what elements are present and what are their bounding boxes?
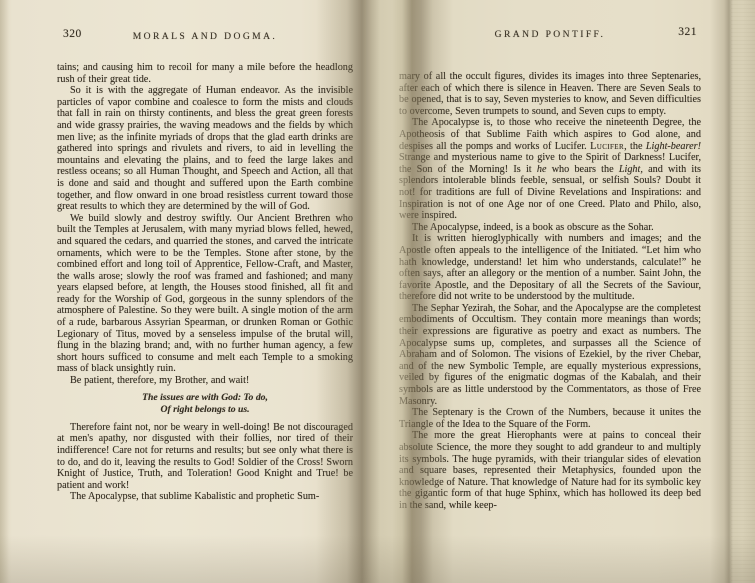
paragraph: tains; and causing him to recoil for man… bbox=[57, 62, 353, 85]
paragraph: The Apocalypse, that sublime Kabalistic … bbox=[57, 491, 353, 503]
text-segment: who bears the bbox=[546, 164, 618, 175]
paragraph: The Apocalypse, indeed, is a book as obs… bbox=[399, 222, 701, 234]
page-stack-edge bbox=[731, 0, 755, 583]
paragraph: mary of all the occult figures, divides … bbox=[399, 71, 701, 117]
paragraph: The Apocalypse is, to those who receive … bbox=[399, 117, 701, 221]
paragraph: Therefore faint not, nor be weary in wel… bbox=[57, 422, 353, 492]
verse-quote: The issues are with God: To do, Of right… bbox=[57, 392, 353, 417]
paragraph: The Sephar Yezirah, the Sohar, and the A… bbox=[399, 303, 701, 407]
running-title: GRAND PONTIFF. bbox=[399, 29, 701, 40]
right-page-body: mary of all the occult figures, divides … bbox=[399, 71, 701, 512]
paragraph: Be patient, therefore, my Brother, and w… bbox=[57, 375, 353, 387]
verse-line: Of right belongs to us. bbox=[57, 404, 353, 417]
paragraph: It is written hieroglyphically with numb… bbox=[399, 233, 701, 303]
text-segment-italic: Light-bearer! bbox=[646, 141, 701, 152]
left-page-body: tains; and causing him to recoil for man… bbox=[57, 62, 353, 503]
running-title: MORALS AND DOGMA. bbox=[57, 31, 353, 42]
text-segment-italic: Light, bbox=[619, 164, 643, 175]
paragraph: We build slowly and destroy swiftly. Our… bbox=[57, 213, 353, 375]
left-page: 320 MORALS AND DOGMA. tains; and causing… bbox=[57, 30, 353, 503]
paragraph: The Septenary is the Crown of the Number… bbox=[399, 407, 701, 430]
page-number: 321 bbox=[678, 26, 697, 38]
left-page-header: 320 MORALS AND DOGMA. bbox=[57, 30, 353, 45]
paragraph: So it is with the aggregate of Human end… bbox=[57, 85, 353, 213]
verse-line: The issues are with God: To do, bbox=[57, 392, 353, 405]
book-spread: 320 MORALS AND DOGMA. tains; and causing… bbox=[0, 0, 755, 583]
right-page: GRAND PONTIFF. 321 mary of all the occul… bbox=[399, 28, 701, 512]
paragraph: The more the great Hierophants were at p… bbox=[399, 430, 701, 511]
right-page-header: GRAND PONTIFF. 321 bbox=[399, 28, 701, 43]
text-segment-smallcaps: Lucifer bbox=[590, 141, 624, 152]
text-segment: , the bbox=[624, 141, 646, 152]
